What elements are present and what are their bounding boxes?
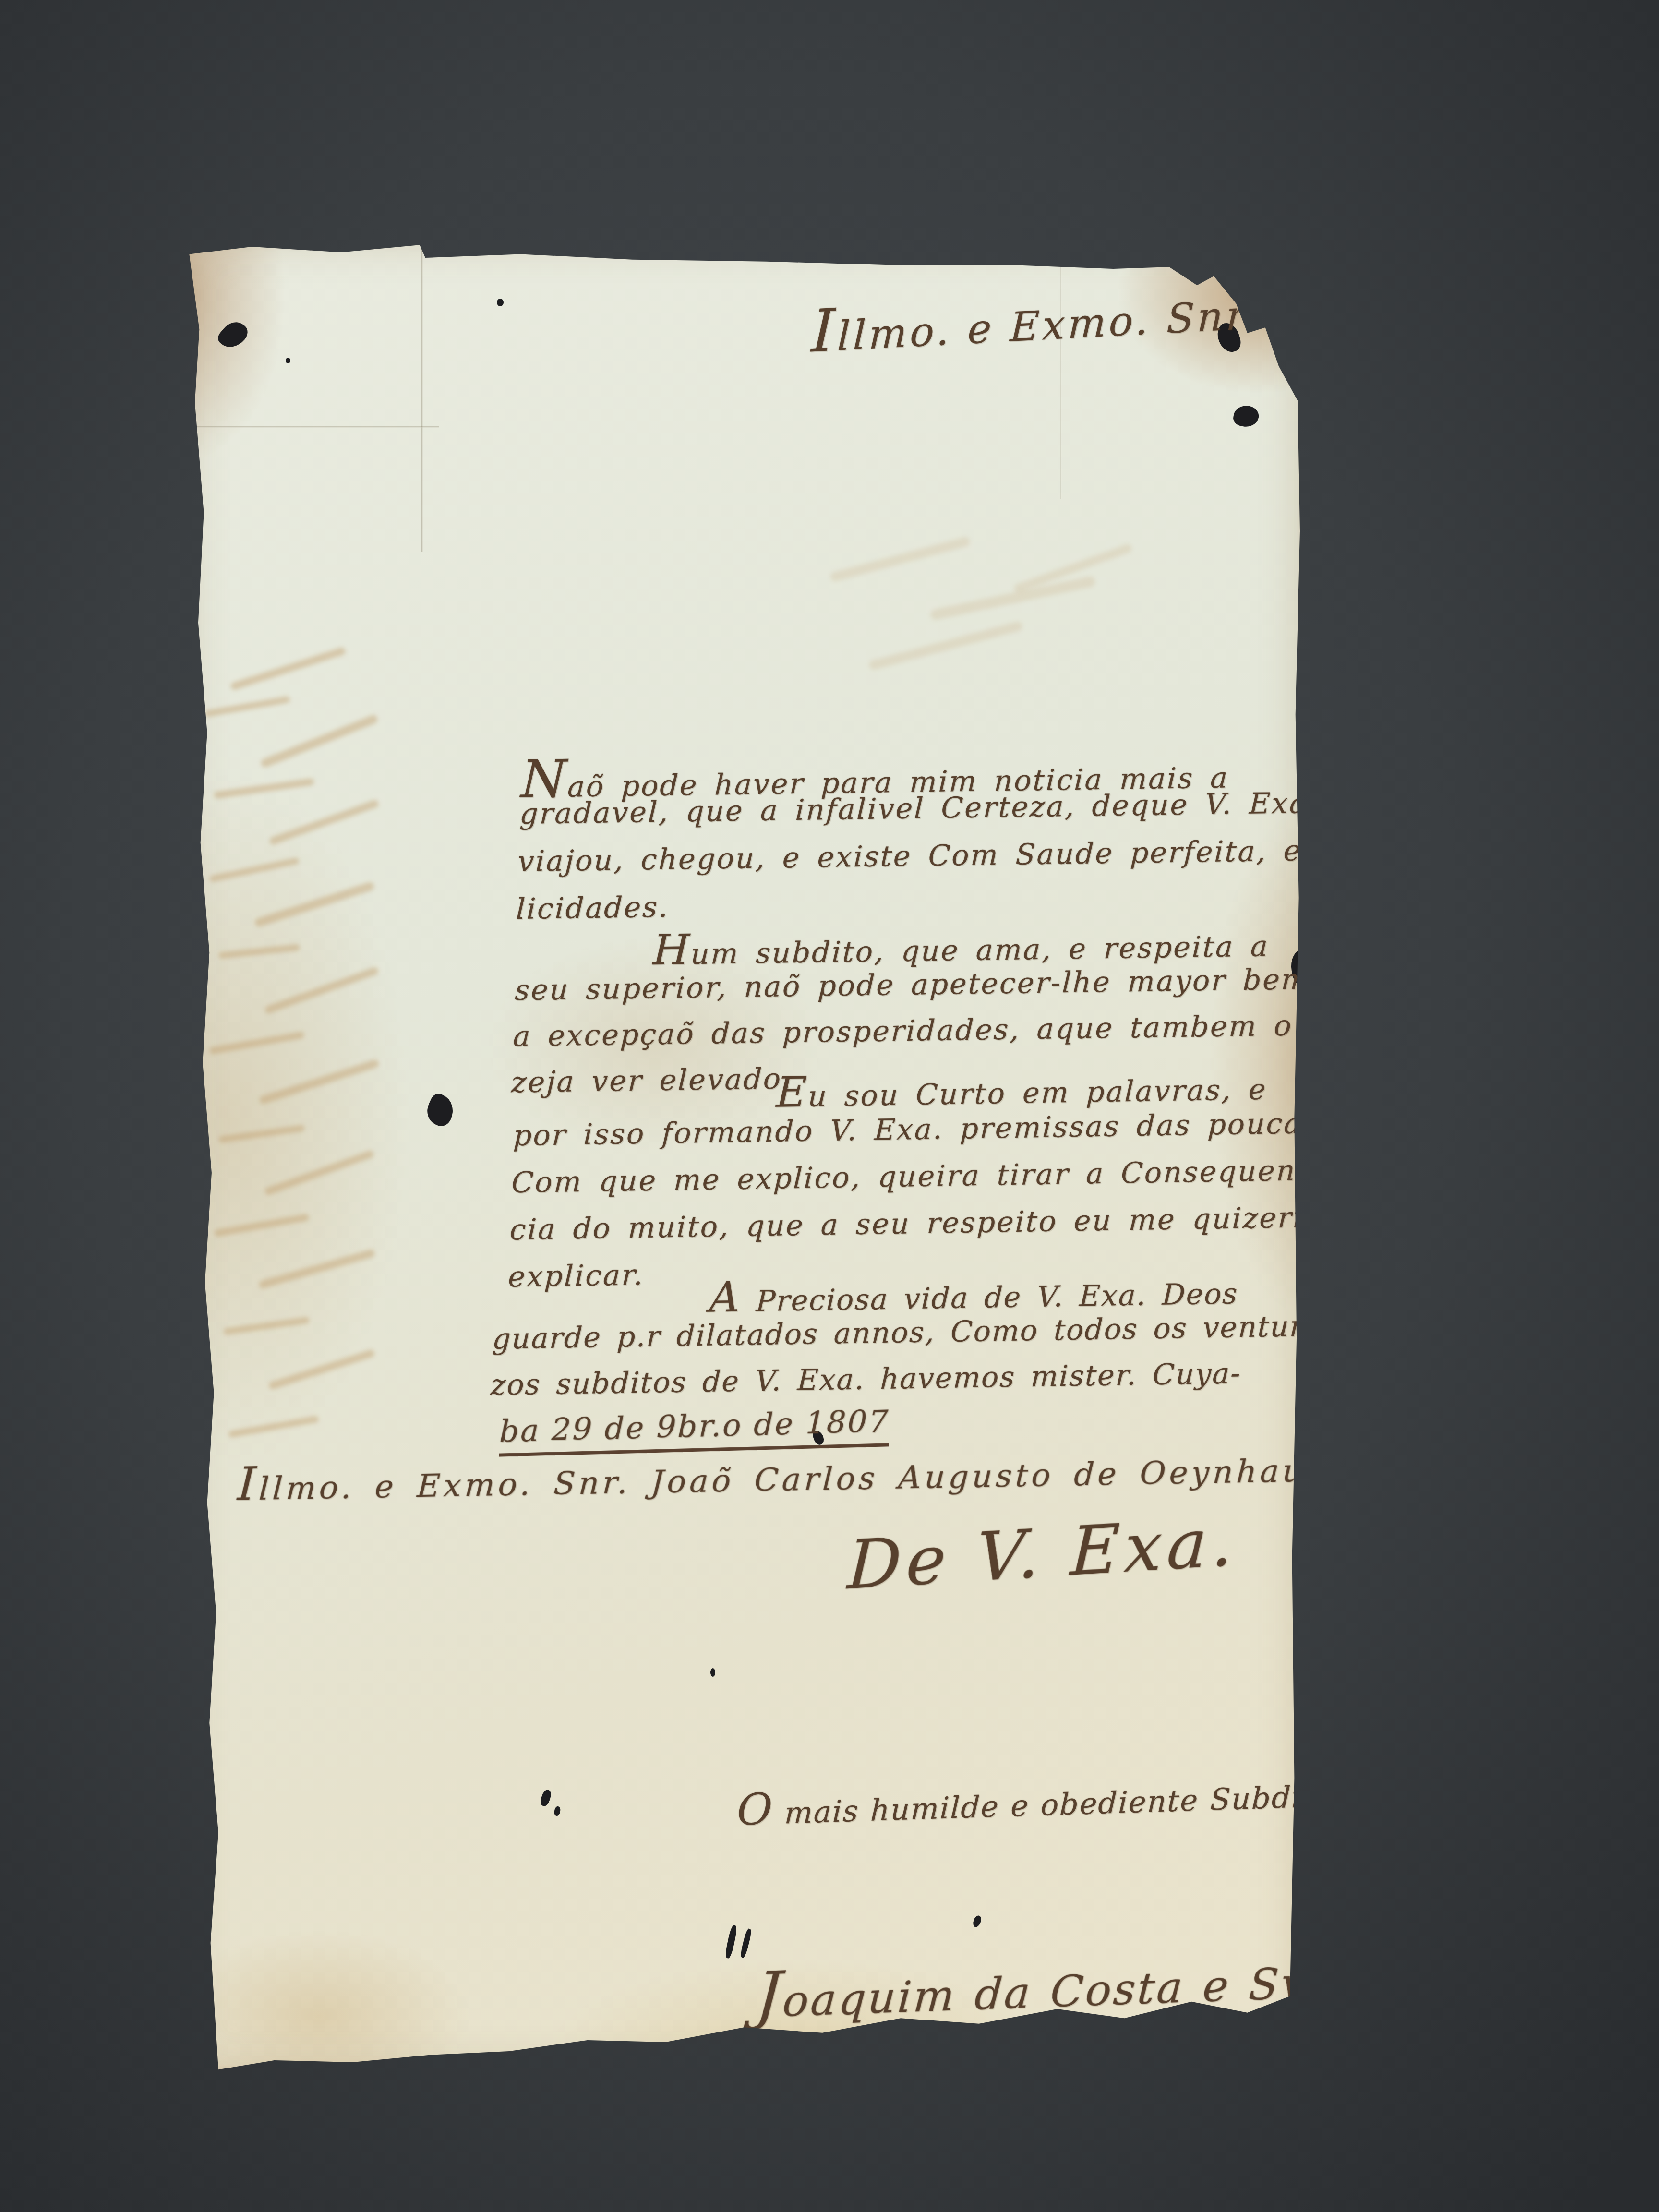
paragraph-1: Naõ pode haver para mim noticia mais a g… xyxy=(515,738,1353,940)
letter-paper: Illmo. e Exmo. Snr. Naõ pode haver para … xyxy=(185,238,1303,2071)
signature: Joaquim da Costa e Syqueira xyxy=(754,1934,1462,2032)
bleedthrough-stroke xyxy=(218,1125,305,1143)
ink-blot xyxy=(215,317,251,354)
ink-speck xyxy=(972,1914,983,1928)
ink-speck xyxy=(539,1789,553,1807)
bleedthrough-stroke xyxy=(868,621,1023,671)
ink-stroke-mark xyxy=(724,1924,738,1959)
ink-speck xyxy=(553,1806,561,1816)
closing-formula: O mais humilde e obediente Subdito xyxy=(736,1767,1335,1835)
bleedthrough-stroke xyxy=(230,647,347,691)
bleedthrough-smudge xyxy=(809,535,1241,708)
bleedthrough-stroke xyxy=(259,1058,380,1105)
bleedthrough-stroke xyxy=(204,696,290,717)
bleedthrough-stroke xyxy=(268,1349,375,1390)
paragraph-4: A Preciosa vida de V. Exa. Deos guarde p… xyxy=(490,1263,1336,1415)
bleedthrough-stroke xyxy=(258,1249,375,1289)
bleedthrough-stroke xyxy=(254,881,375,927)
ink-speck xyxy=(286,358,290,363)
letter-header: Illmo. e Exmo. Snr. xyxy=(810,274,1261,365)
ink-speck xyxy=(497,299,504,306)
photograph-background: Illmo. e Exmo. Snr. Naõ pode haver para … xyxy=(0,0,1659,2212)
bleedthrough-stroke xyxy=(260,714,379,769)
ink-stroke-mark xyxy=(740,1928,753,1958)
bleedthrough-stroke xyxy=(264,1149,375,1196)
bleedthrough-stroke xyxy=(930,576,1096,621)
bleedthrough-stroke xyxy=(269,799,380,845)
bleedthrough-stroke xyxy=(214,778,314,799)
bleedthrough-stroke xyxy=(218,944,301,959)
ink-speck xyxy=(710,1668,715,1677)
bleedthrough-stroke xyxy=(209,1031,305,1055)
bleedthrough-stroke xyxy=(214,1214,310,1238)
bleedthrough-stroke xyxy=(223,1317,310,1335)
bleedthrough-stroke xyxy=(228,1416,319,1438)
ink-blot xyxy=(1299,1732,1319,1757)
margin-mark: 4. xyxy=(171,1434,200,1467)
bleedthrough-stroke xyxy=(829,536,971,583)
valediction: De V. Exa. xyxy=(846,1503,1239,1605)
fold-crease-vertical xyxy=(421,245,423,552)
worm-hole xyxy=(1232,404,1261,429)
bleedthrough-stroke xyxy=(264,966,379,1015)
fold-crease-horizontal xyxy=(190,426,439,428)
bleedthrough-writing xyxy=(199,660,430,1505)
bleedthrough-stroke xyxy=(209,857,300,882)
